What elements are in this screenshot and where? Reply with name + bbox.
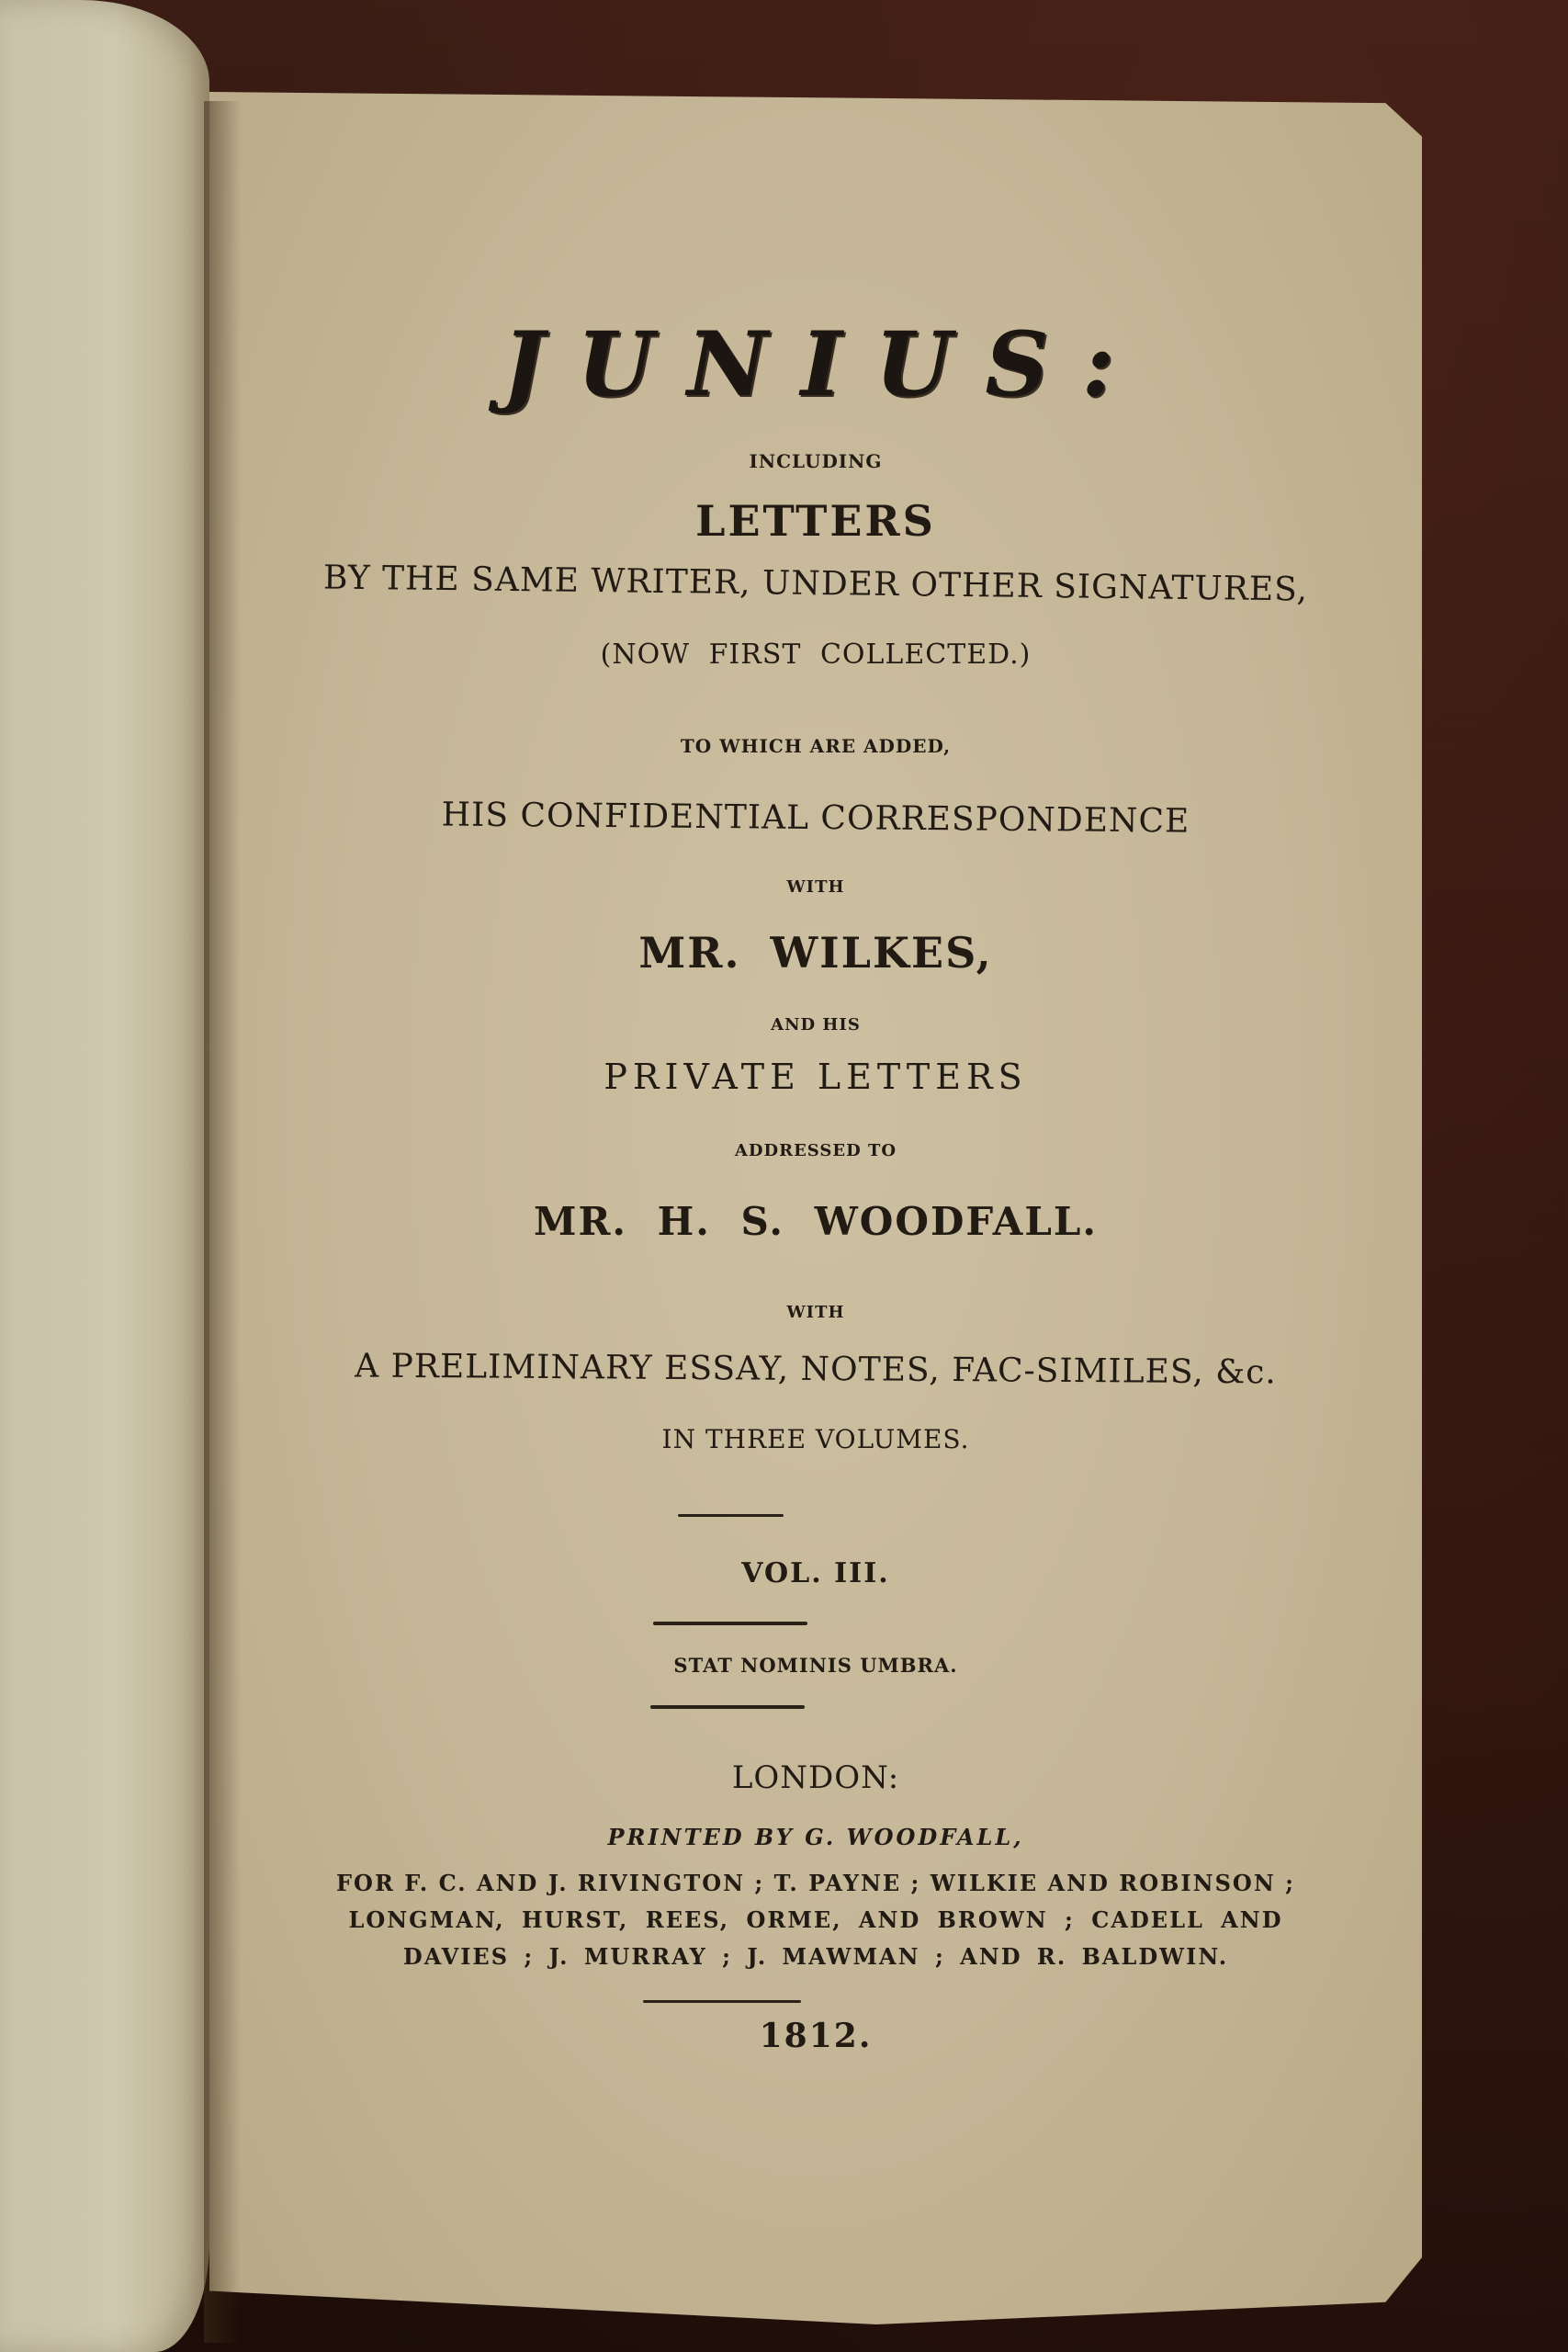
including-label: INCLUDING [209,450,1422,472]
by-same-writer-line: BY THE SAME WRITER, UNDER OTHER SIGNATUR… [209,558,1422,610]
title-page: JUNIUS: INCLUDING LETTERS BY THE SAME WR… [209,92,1422,2324]
addressed-to-label: ADDRESSED TO [209,1141,1422,1160]
confidential-correspondence-line: HIS CONFIDENTIAL CORRESPONDENCE [209,794,1422,842]
volume-label: VOL. III. [209,1557,1422,1589]
private-letters-heading: PRIVATE LETTERS [209,1057,1422,1097]
ornamental-rule-3 [650,1705,805,1709]
with-label-1: WITH [209,877,1422,897]
ornamental-rule-1 [678,1514,784,1517]
mr-wilkes-heading: MR. WILKES, [209,928,1422,978]
in-three-volumes-line: IN THREE VOLUMES. [209,1424,1422,1454]
printer-line: PRINTED BY G. WOODFALL, [209,1824,1422,1850]
and-his-label: AND HIS [209,1015,1422,1035]
with-label-2: WITH [209,1303,1422,1322]
main-title: JUNIUS: [219,312,1431,416]
preliminary-essay-line: A PRELIMINARY ESSAY, NOTES, FAC-SIMILES,… [209,1346,1422,1392]
publishers-line-1: FOR F. C. AND J. RIVINGTON ; T. PAYNE ; … [209,1870,1422,1896]
publishers-line-2: LONGMAN, HURST, REES, ORME, AND BROWN ; … [209,1906,1422,1933]
publishers-line-3: DAVIES ; J. MURRAY ; J. MAWMAN ; AND R. … [209,1943,1422,1970]
left-page-edge [0,0,209,2352]
mr-woodfall-heading: MR. H. S. WOODFALL. [209,1199,1422,1244]
motto-text: STAT NOMINIS UMBRA. [209,1654,1422,1677]
publication-year: 1812. [209,2017,1422,2055]
ornamental-rule-4 [643,2000,801,2003]
place-of-publication: LONDON: [209,1759,1422,1796]
ornamental-rule-2 [653,1622,807,1625]
now-first-collected-line: (NOW FIRST COLLECTED.) [209,639,1422,671]
letters-heading: LETTERS [209,496,1422,546]
to-which-are-added-label: TO WHICH ARE ADDED, [209,735,1422,757]
